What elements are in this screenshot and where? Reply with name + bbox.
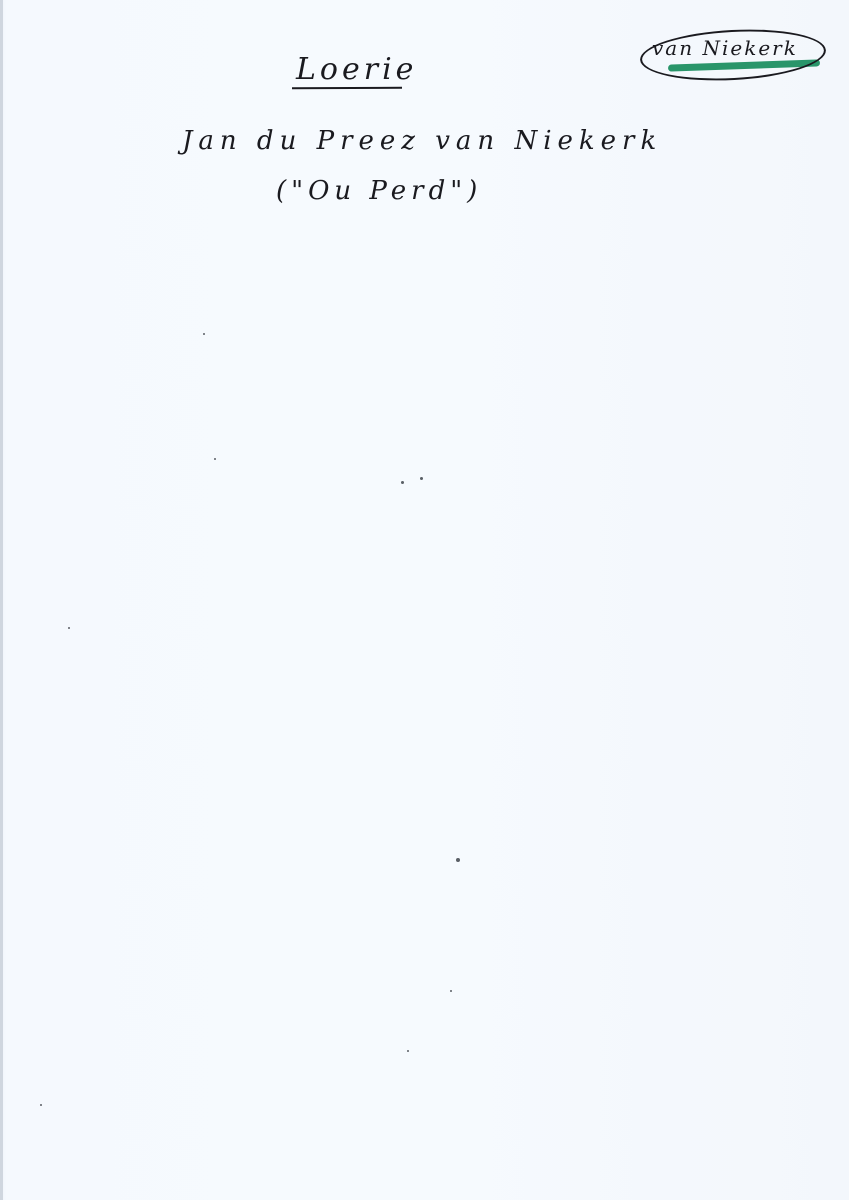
scan-speck — [214, 458, 216, 460]
page-edge — [0, 0, 3, 1200]
title-underline — [292, 87, 402, 90]
scan-speck — [40, 1104, 42, 1106]
document-title: Loerie — [296, 52, 417, 87]
scan-speck — [456, 858, 460, 862]
scan-speck — [401, 481, 404, 484]
scan-speck — [203, 333, 205, 335]
scan-speck — [407, 1050, 409, 1052]
corner-label: van Niekerk — [640, 30, 826, 80]
author-name: Jan du Preez van Niekerk — [182, 126, 662, 156]
scan-speck — [450, 990, 452, 992]
scan-speck — [68, 627, 70, 629]
corner-label-text: van Niekerk — [652, 36, 798, 60]
scan-speck — [420, 477, 423, 480]
author-nickname: ("Ou Perd") — [276, 176, 482, 206]
scanned-page: Loerie Jan du Preez van Niekerk ("Ou Per… — [0, 0, 849, 1200]
